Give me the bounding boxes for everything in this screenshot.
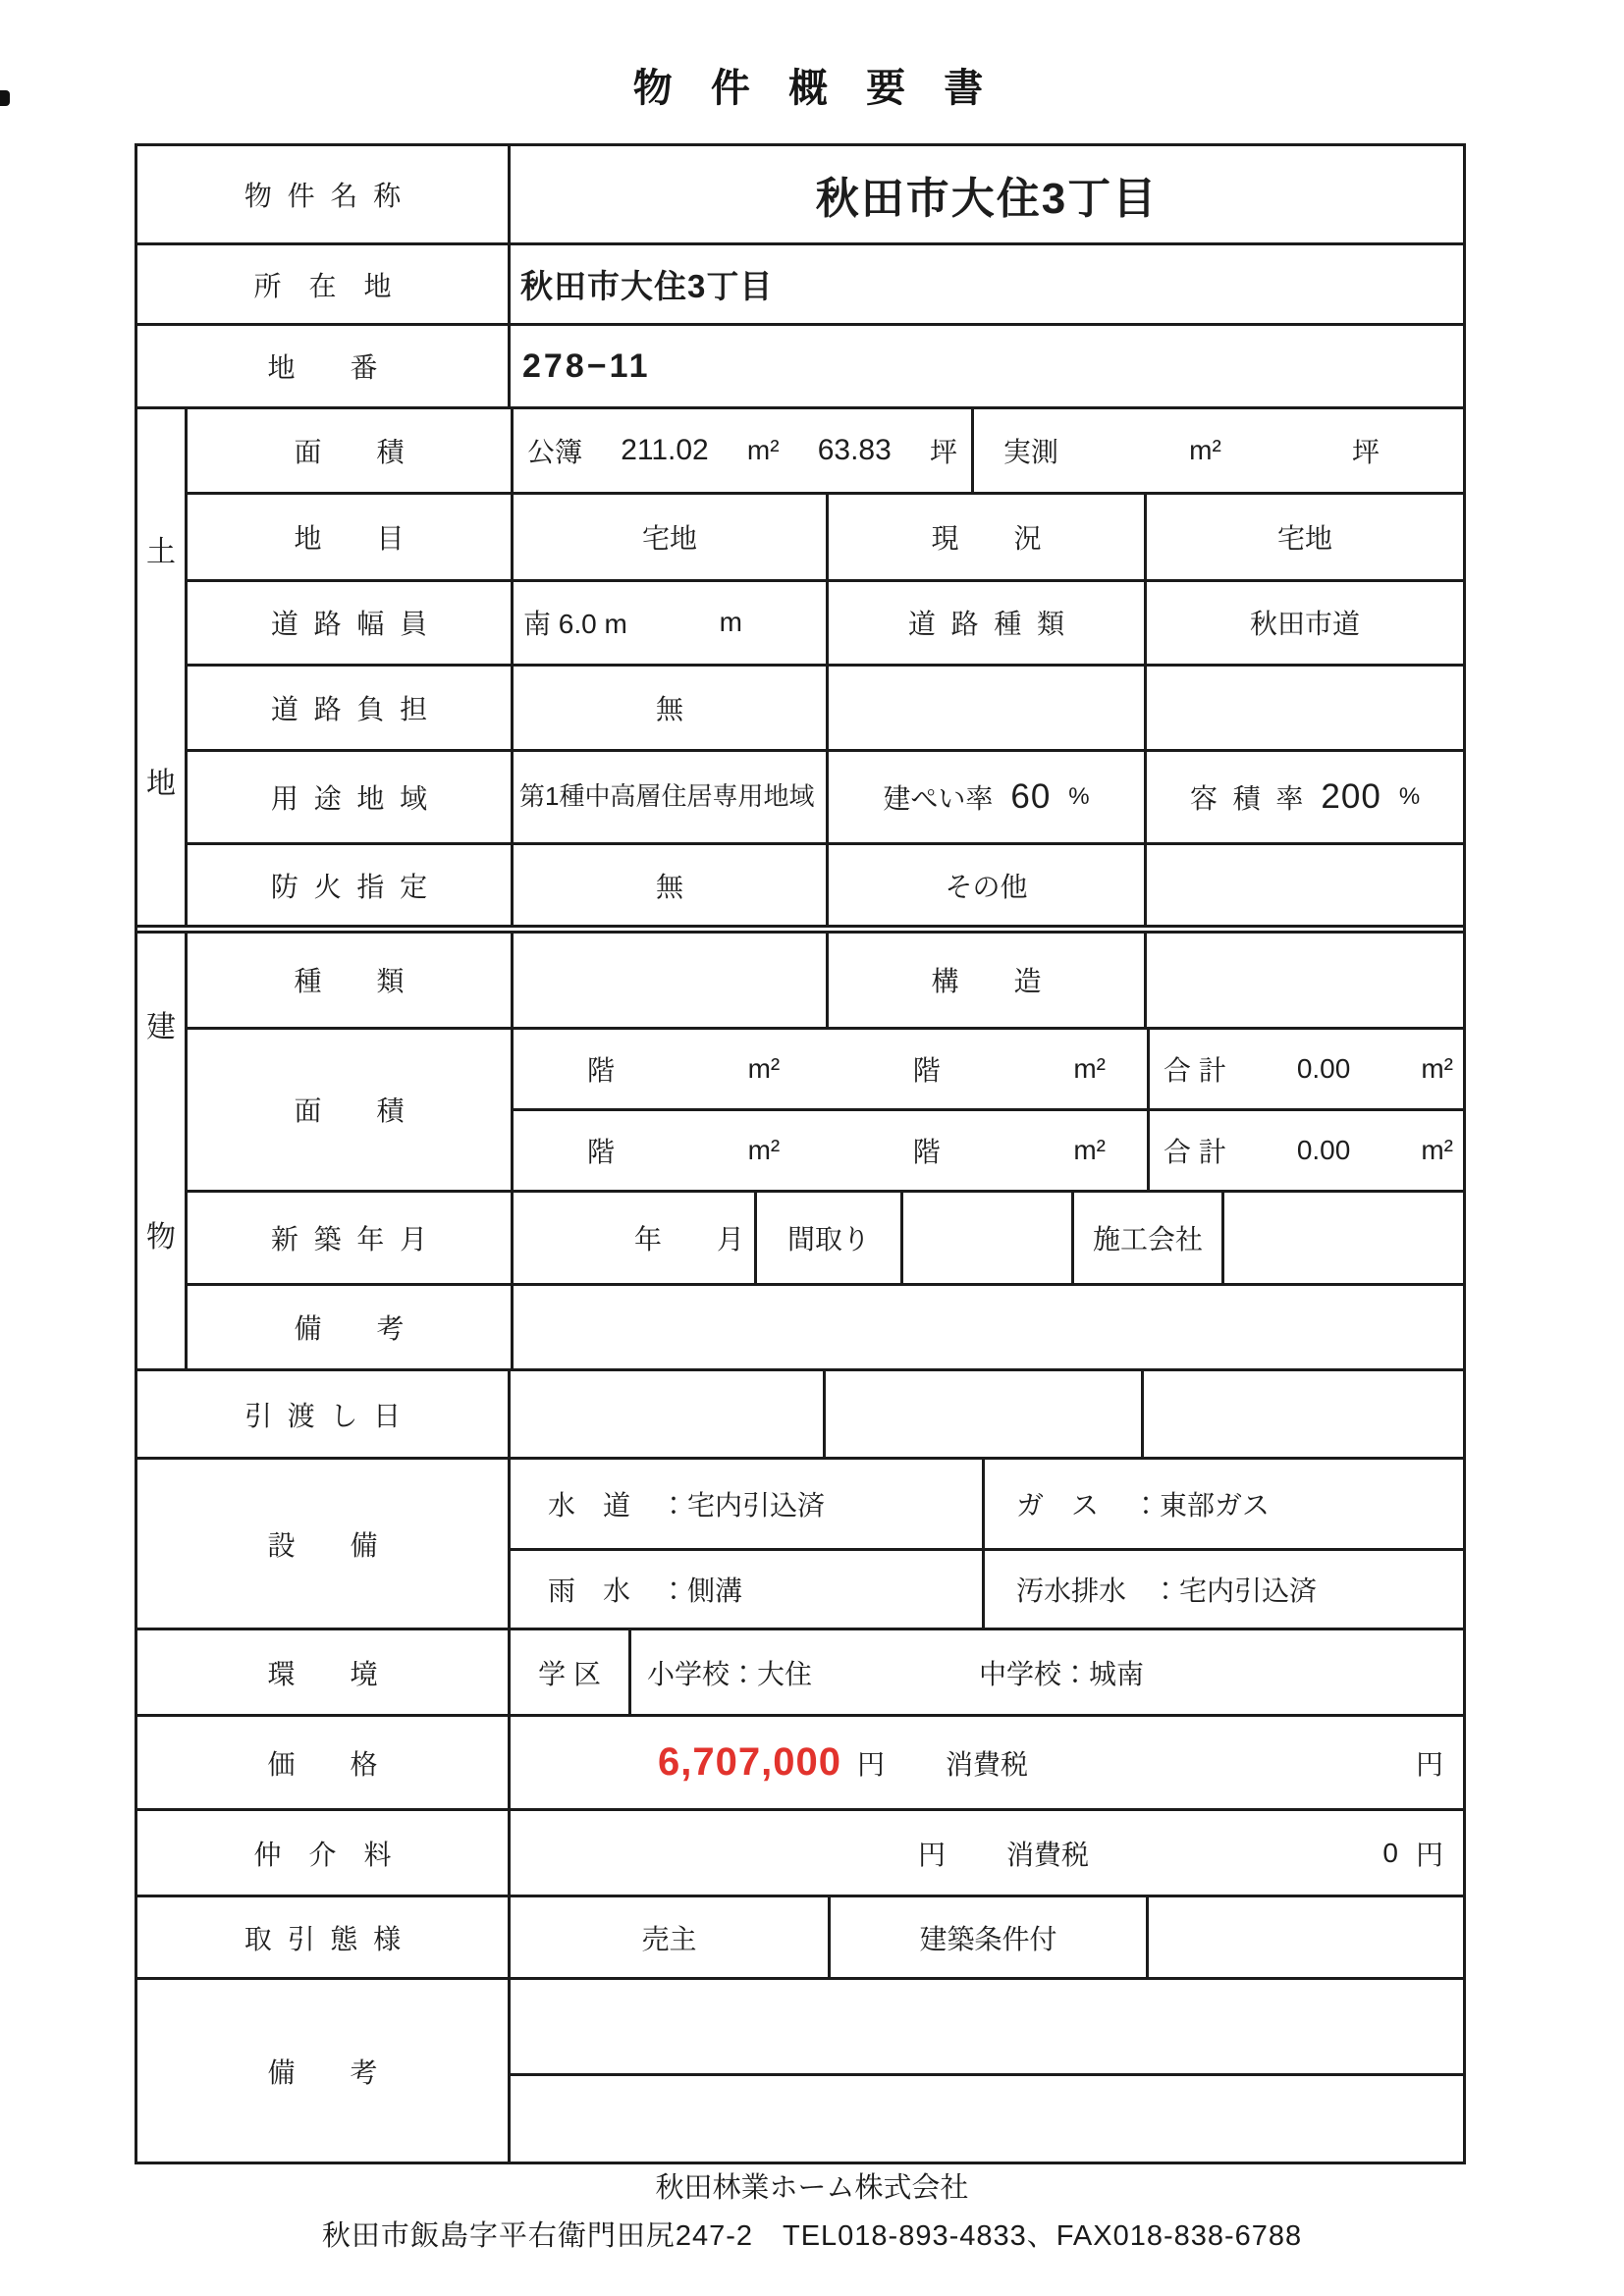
document-title: 物 件 概 要 書 [0,57,1624,113]
land-spine-char-2: 地 [146,759,176,802]
registered-area-value: 211.02 [621,434,709,467]
floor-unit: m² [1073,1135,1106,1166]
row-location: 所 在 地 秋田市大住3丁目 [137,242,1463,323]
location-label: 所 在 地 [137,245,508,323]
floor-unit: m² [1073,1053,1106,1085]
sewage-label: 汚水排水 [1016,1570,1126,1609]
property-summary-table: 物 件 名 称 秋田市大住3丁目 所 在 地 秋田市大住3丁目 地 番 278−… [135,143,1466,2164]
row-transaction: 取 引 態 様 売主 建築条件付 [137,1895,1463,1977]
property-name-label: 物 件 名 称 [137,146,508,242]
building-kind-value-blank [511,934,826,1027]
scan-artifact [0,90,10,106]
current-status-value: 宅地 [1144,495,1463,579]
floor-area-ratio-value: 200 [1321,777,1380,817]
footer: 秋田林業ホーム株式会社 秋田市飯島字平右衛門田尻247-2 TEL018-893… [0,2165,1624,2254]
elementary-school-value: ：大住 [730,1653,812,1692]
building-remarks-label: 備 考 [188,1286,511,1368]
row-land-area: 面 積 公簿 211.02 m² 63.83 坪 実測 m² 坪 [188,409,1463,492]
registered-tsubo-value: 63.83 [818,434,892,467]
row-land-category: 地 目 宅地 現 況 宅地 [188,492,1463,579]
transaction-condition: 建築条件付 [828,1897,1146,1977]
environment-label: 環 境 [137,1630,508,1714]
brokerage-tax-unit: 円 [1416,1834,1443,1873]
row-zoning: 用 途 地 域 第1種中高層住居専用地域 建ぺい率 60 % 容 積 率 200… [188,749,1463,842]
floor-label: 階 [913,1131,941,1170]
price-value-cell: 6,707,000 円 消費税 円 [508,1717,1463,1808]
building-area-row-2: 階 m² 階 m² 合 計 0.00 m² [514,1108,1463,1190]
road-width-value-cell: 南 6.0 m m [511,582,826,664]
floor-label: 階 [587,1131,615,1170]
year-label: 年 [634,1218,662,1257]
coverage-ratio-value: 60 [1010,777,1051,817]
land-area-registered-cell: 公簿 211.02 m² 63.83 坪 [511,409,971,492]
row-lot-number: 地 番 278−11 [137,323,1463,406]
contractor-label: 施工会社 [1071,1193,1221,1283]
building-total-cell-1: 合 計 0.00 m² [1147,1030,1463,1108]
building-spine-char-1: 建 [146,1002,176,1045]
coverage-ratio-unit: % [1068,783,1089,811]
layout-value-blank [900,1193,1071,1283]
total-label: 合 計 [1164,1131,1226,1170]
road-width-value: 南 6.0 m [523,603,627,642]
handover-blank-2 [823,1371,1141,1457]
price-tax-label: 消費税 [946,1743,1028,1783]
total-value: 0.00 [1297,1053,1351,1085]
registered-tsubo-unit: 坪 [930,431,957,470]
location-value: 秋田市大住3丁目 [508,245,1463,323]
row-handover: 引 渡 し 日 [137,1368,1463,1457]
sewage-cell: 汚水排水 ：宅内引込済 [982,1551,1463,1628]
remarks-label: 備 考 [137,1980,508,2162]
total-unit: m² [1421,1053,1453,1085]
row-environment: 環 境 学 区 小学校 ：大住 中学校 ：城南 [137,1628,1463,1714]
remarks-blank-1 [511,1980,1463,2073]
zoning-label: 用 途 地 域 [188,752,511,842]
row-road-burden: 道 路 負 担 無 [188,664,1463,750]
floor-area-ratio-cell: 容 積 率 200 % [1144,752,1463,842]
price-unit: 円 [857,1743,885,1783]
building-floors-cell-2: 階 m² 階 m² [514,1111,1147,1190]
floor-area-ratio-label: 容 積 率 [1190,777,1304,817]
land-area-label: 面 積 [188,409,511,492]
transaction-value: 売主 [508,1897,828,1977]
land-category-label: 地 目 [188,495,511,579]
land-area-measured-cell: 実測 m² 坪 [971,409,1463,492]
utilities-row-2: 雨 水 ：側溝 汚水排水 ：宅内引込済 [511,1548,1463,1628]
road-width-value-2: m [720,607,742,638]
row-brokerage: 仲 介 料 円 消費税 0 円 [137,1808,1463,1895]
property-name-value: 秋田市大住3丁目 [508,146,1463,242]
registered-area-unit: m² [747,435,780,466]
measured-area-unit: m² [1189,435,1221,466]
building-floors-cell-1: 階 m² 階 m² [514,1030,1147,1108]
water-label: 水 道 [548,1484,630,1523]
price-label: 価 格 [137,1717,508,1808]
building-section: 建 物 種 類 構 造 面 積 階 [137,925,1463,1368]
land-spine-char-1: 土 [146,527,176,570]
row-property-name: 物 件 名 称 秋田市大住3丁目 [137,146,1463,242]
water-value: ：宅内引込済 [660,1484,825,1523]
brokerage-value-cell: 円 消費税 0 円 [508,1811,1463,1895]
row-price: 価 格 6,707,000 円 消費税 円 [137,1714,1463,1808]
floor-unit: m² [748,1135,781,1166]
fire-prevention-value: 無 [511,845,826,925]
footer-address-contact: 秋田市飯島字平右衛門田尻247-2 TEL018-893-4833、FAX018… [0,2214,1624,2254]
current-status-label: 現 況 [826,495,1144,579]
building-spine-char-2: 物 [146,1212,176,1255]
sewage-value: ：宅内引込済 [1152,1570,1317,1609]
total-value: 0.00 [1297,1135,1351,1166]
zoning-value: 第1種中高層住居専用地域 [511,752,826,842]
row-built-date: 新 築 年 月 年 月 間取り 施工会社 [188,1190,1463,1283]
brokerage-tax-value: 0 [1382,1838,1398,1869]
row-building-remarks: 備 考 [188,1283,1463,1368]
row-utilities: 設 備 水 道 ：宅内引込済 ガ ス ：東部ガス 雨 水 ：側溝 [137,1457,1463,1628]
road-burden-value: 無 [511,667,826,750]
building-area-row-1: 階 m² 階 m² 合 計 0.00 m² [514,1030,1463,1108]
handover-blank-1 [508,1371,823,1457]
utilities-row-1: 水 道 ：宅内引込済 ガ ス ：東部ガス [511,1460,1463,1548]
gas-value: ：東部ガス [1132,1484,1270,1523]
water-cell: 水 道 ：宅内引込済 [511,1460,982,1548]
measured-area-label: 実測 [1003,431,1058,470]
rain-value: ：側溝 [660,1570,742,1609]
row-building-area: 面 積 階 m² 階 m² 合 計 0.00 [188,1027,1463,1190]
property-summary-page: 物 件 概 要 書 物 件 名 称 秋田市大住3丁目 所 在 地 秋田市大住3丁… [0,0,1624,2296]
total-unit: m² [1421,1135,1453,1166]
building-remarks-blank [511,1286,1463,1368]
road-type-label: 道 路 種 類 [826,582,1144,664]
gas-cell: ガ ス ：東部ガス [982,1460,1463,1548]
junior-high-value: ：城南 [1061,1653,1144,1692]
total-label: 合 計 [1164,1049,1226,1089]
land-category-value: 宅地 [511,495,826,579]
lot-number-label: 地 番 [137,326,508,406]
road-type-value: 秋田市道 [1144,582,1463,664]
fire-other-blank [1144,845,1463,925]
row-road-width: 道 路 幅 員 南 6.0 m m 道 路 種 類 秋田市道 [188,579,1463,664]
row-building-kind: 種 類 構 造 [188,934,1463,1027]
road-burden-blank-1 [826,667,1144,750]
rain-cell: 雨 水 ：側溝 [511,1551,982,1628]
rain-label: 雨 水 [548,1570,630,1609]
road-burden-label: 道 路 負 担 [188,667,511,750]
footer-company-name: 秋田林業ホーム株式会社 [0,2165,1624,2206]
handover-blank-3 [1141,1371,1463,1457]
land-section: 土 地 面 積 公簿 211.02 m² 63.83 坪 実測 [137,406,1463,925]
building-kind-label: 種 類 [188,934,511,1027]
coverage-ratio-label: 建ぺい率 [883,777,993,817]
row-fire-prevention: 防 火 指 定 無 その他 [188,842,1463,925]
building-area-label: 面 積 [188,1030,511,1190]
built-date-label: 新 築 年 月 [188,1193,511,1283]
row-remarks: 備 考 [137,1977,1463,2162]
building-total-cell-2: 合 計 0.00 m² [1147,1111,1463,1190]
road-burden-blank-2 [1144,667,1463,750]
measured-tsubo-unit: 坪 [1352,431,1380,470]
fire-other-label: その他 [826,845,1144,925]
structure-value-blank [1144,934,1463,1027]
building-section-label: 建 物 [137,934,185,1368]
contractor-value-blank [1221,1193,1463,1283]
brokerage-unit: 円 [918,1834,946,1873]
built-date-value-cell: 年 月 [511,1193,754,1283]
layout-label: 間取り [754,1193,900,1283]
floor-unit: m² [748,1053,781,1085]
transaction-blank [1146,1897,1463,1977]
gas-label: ガ ス [1016,1484,1099,1523]
elementary-school-label: 小学校 [647,1653,730,1692]
coverage-ratio-cell: 建ぺい率 60 % [826,752,1144,842]
road-width-label: 道 路 幅 員 [188,582,511,664]
school-district-label: 学 区 [508,1630,628,1714]
transaction-label: 取 引 態 様 [137,1897,508,1977]
brokerage-label: 仲 介 料 [137,1811,508,1895]
handover-label: 引 渡 し 日 [137,1371,508,1457]
floor-label: 階 [587,1049,615,1089]
month-label: 月 [717,1218,744,1257]
price-tax-unit: 円 [1416,1743,1443,1783]
structure-label: 構 造 [826,934,1144,1027]
registered-area-label: 公簿 [527,431,582,470]
lot-number-value: 278−11 [508,326,1463,406]
floor-label: 階 [913,1049,941,1089]
brokerage-tax-label: 消費税 [1006,1834,1089,1873]
fire-prevention-label: 防 火 指 定 [188,845,511,925]
land-section-label: 土 地 [137,409,185,925]
junior-high-label: 中学校 [979,1653,1061,1692]
schools-cell: 小学校 ：大住 中学校 ：城南 [628,1630,1463,1714]
price-value: 6,707,000 [658,1740,841,1785]
floor-area-ratio-unit: % [1399,783,1420,811]
utilities-label: 設 備 [137,1460,508,1628]
remarks-blank-2 [511,2073,1463,2162]
